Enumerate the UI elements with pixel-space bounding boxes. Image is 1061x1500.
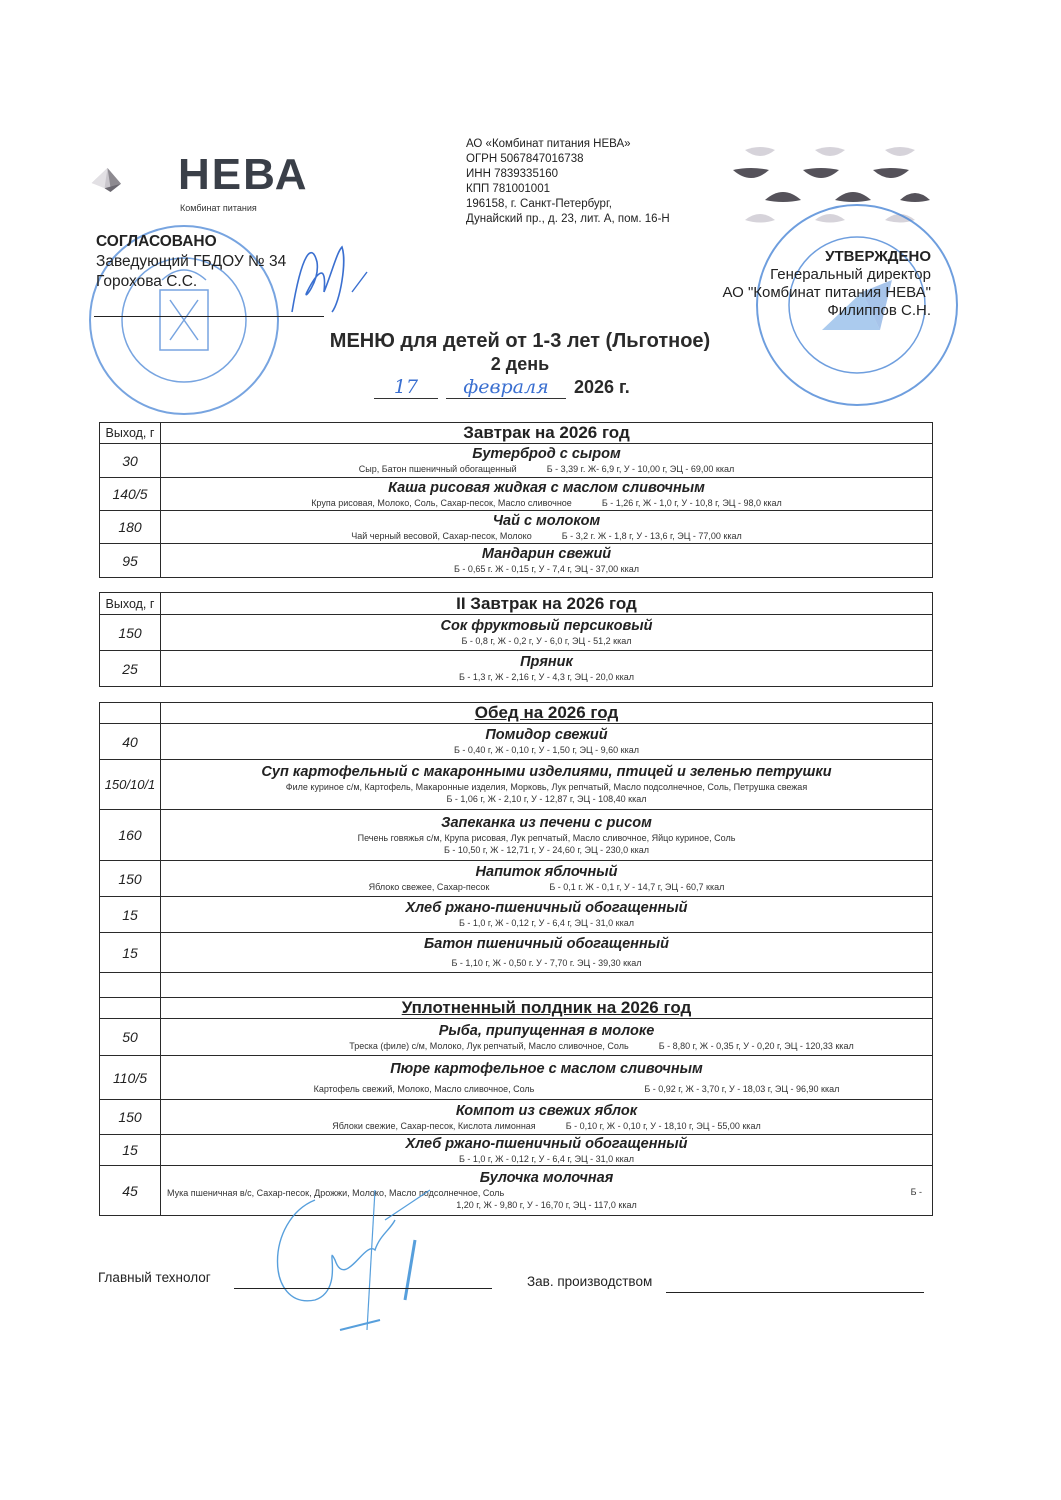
lunch-snack-table: Обед на 2026 год 40 Помидор свежий Б - 0… <box>99 702 933 1216</box>
technologist-label: Главный технолог <box>98 1270 211 1285</box>
dish-ingredients: Яблоки свежие, Сахар-песок, Кислота лимо… <box>332 1121 535 1131</box>
dish-nutrition: Б - 10,50 г, Ж - 12,71 г, У - 24,60 г, Э… <box>161 844 932 856</box>
date-year: 2026 г. <box>574 377 630 397</box>
dish-name: Пряник <box>161 654 932 671</box>
dish-nutrition: Б - 3,2 г. Ж - 1,8 г, У - 13,6 г, ЭЦ - 7… <box>562 531 742 541</box>
yield-cell: 95 <box>100 544 161 578</box>
dish-nutrition: Б - 0,40 г, Ж - 0,10 г, У - 1,50 г, ЭЦ -… <box>454 745 639 755</box>
dish-nutrition: Б - 1,10 г, Ж - 0,50 г. У - 7,70 г. ЭЦ -… <box>451 958 641 968</box>
yield-cell: 180 <box>100 511 161 544</box>
company-address-1: 196158, г. Санкт-Петербург, <box>466 197 670 212</box>
table-row: 45 Булочка молочная Мука пшеничная в/с, … <box>100 1166 933 1216</box>
dish-name: Хлеб ржано-пшеничный обогащенный <box>161 1136 932 1153</box>
company-info: АО «Комбинат питания НЕВА» ОГРН 50678470… <box>466 137 670 227</box>
table-row: 40 Помидор свежий Б - 0,40 г, Ж - 0,10 г… <box>100 724 933 760</box>
dish-name: Компот из свежих яблок <box>161 1103 932 1120</box>
dish-name: Батон пшеничный обогащенный <box>161 936 932 953</box>
dish-ingredients: Яблоко свежее, Сахар-песок <box>369 882 490 892</box>
dish-ingredients: Печень говяжья с/м, Крупа рисовая, Лук р… <box>161 832 932 844</box>
dish-ingredients: Сыр, Батон пшеничный обогащенный <box>359 464 517 474</box>
table-row: 150 Компот из свежих яблок Яблоки свежие… <box>100 1100 933 1135</box>
table-row: 15 Батон пшеничный обогащенный Б - 1,10 … <box>100 933 933 973</box>
breakfast-table: Выход, г Завтрак на 2026 год 30 Бутербро… <box>99 422 933 578</box>
yield-cell: 25 <box>100 651 161 687</box>
menu-date: 17февраля2026 г. <box>374 376 630 399</box>
dish-name: Каша рисовая жидкая с маслом сливочным <box>161 480 932 497</box>
company-address-2: Дунайский пр., д. 23, лит. А, пом. 16-Н <box>466 212 670 227</box>
table-row: 15 Хлеб ржано-пшеничный обогащенный Б - … <box>100 897 933 933</box>
agreed-name: Горохова С.С. <box>96 272 286 292</box>
yield-cell: 15 <box>100 1135 161 1166</box>
table-header-row: Обед на 2026 год <box>100 703 933 724</box>
dish-nutrition: Б - 0,8 г, Ж - 0,2 г, У - 6,0 г, ЭЦ - 51… <box>462 636 632 646</box>
yield-cell: 30 <box>100 444 161 478</box>
agreed-signature-icon <box>262 232 382 332</box>
logo-wordmark: НЕВА <box>178 150 308 200</box>
dish-nutrition: Б - 0,1 г. Ж - 0,1 г, У - 14,7 г, ЭЦ - 6… <box>549 882 724 892</box>
table-row: 15 Хлеб ржано-пшеничный обогащенный Б - … <box>100 1135 933 1166</box>
yield-cell: 150 <box>100 1100 161 1135</box>
approved-org: АО "Комбинат питания НЕВА" <box>722 284 931 302</box>
yield-cell: 40 <box>100 724 161 760</box>
table-row: 150 Напиток яблочный Яблоко свежее, Саха… <box>100 861 933 897</box>
dish-name: Рыба, припущенная в молоке <box>161 1023 932 1040</box>
yield-cell: 150 <box>100 615 161 651</box>
yield-cell: 15 <box>100 897 161 933</box>
yield-cell: 150 <box>100 861 161 897</box>
dish-nutrition: Б - 1,26 г, Ж - 1,0 г, У - 10,8 г, ЭЦ - … <box>602 498 782 508</box>
yield-cell: 45 <box>100 1166 161 1216</box>
table-header-row: Выход, г Завтрак на 2026 год <box>100 423 933 444</box>
date-day-field: 17 <box>374 376 438 399</box>
neva-logo-pyramid-icon <box>88 140 178 220</box>
approved-name: Филиппов С.Н. <box>722 302 931 320</box>
yield-cell: 15 <box>100 933 161 973</box>
dish-name: Сок фруктовый персиковый <box>161 618 932 635</box>
agreed-title: СОГЛАСОВАНО <box>96 232 286 252</box>
dish-name: Помидор свежий <box>161 727 932 744</box>
dish-ingredients: Филе куриное с/м, Картофель, Макаронные … <box>161 781 932 793</box>
company-kpp: КПП 781001001 <box>466 182 670 197</box>
table-row: 150/10/1 Суп картофельный с макаронными … <box>100 760 933 810</box>
dish-nutrition: Б - 8,80 г, Ж - 0,35 г, У - 0,20 г, ЭЦ -… <box>659 1041 854 1051</box>
production-head-signature-line <box>666 1292 924 1293</box>
dish-name: Запеканка из печени с рисом <box>161 815 932 832</box>
dish-name: Чай с молоком <box>161 513 932 530</box>
dish-nutrition-prefix: Б - <box>911 1186 922 1198</box>
table-row: 150 Сок фруктовый персиковый Б - 0,8 г, … <box>100 615 933 651</box>
table-header-row: Выход, г II Завтрак на 2026 год <box>100 593 933 615</box>
section-title: Уплотненный полдник на 2026 год <box>161 998 933 1019</box>
table-row: 160 Запеканка из печени с рисом Печень г… <box>100 810 933 861</box>
table-row: 110/5 Пюре картофельное с маслом сливочн… <box>100 1056 933 1100</box>
yield-cell: 110/5 <box>100 1056 161 1100</box>
dish-nutrition: Б - 0,10 г, Ж - 0,10 г, У - 18,10 г, ЭЦ … <box>566 1121 761 1131</box>
table-row: 30 Бутерброд с сыром Сыр, Батон пшеничны… <box>100 444 933 478</box>
waves-decoration-icon <box>725 140 935 240</box>
dish-name: Напиток яблочный <box>161 864 932 881</box>
dish-nutrition: Б - 1,0 г, Ж - 0,12 г, У - 6,4 г, ЭЦ - 3… <box>459 1154 634 1164</box>
section-title: II Завтрак на 2026 год <box>161 593 933 615</box>
agreed-position: Заведующий ГБДОУ № 34 <box>96 252 286 272</box>
table-row: 180 Чай с молоком Чай черный весовой, Са… <box>100 511 933 544</box>
logo-subtitle: Комбинат питания <box>180 203 257 213</box>
company-inn: ИНН 7839335160 <box>466 167 670 182</box>
yield-cell: 160 <box>100 810 161 861</box>
technologist-signature-icon <box>255 1180 455 1340</box>
table-row: 25 Пряник Б - 1,3 г, Ж - 2,16 г, У - 4,3… <box>100 651 933 687</box>
dish-nutrition: Б - 1,3 г, Ж - 2,16 г, У - 4,3 г, ЭЦ - 2… <box>459 672 634 682</box>
dish-name: Мандарин свежий <box>161 546 932 563</box>
dish-nutrition: Б - 1,0 г, Ж - 0,12 г, У - 6,4 г, ЭЦ - 3… <box>459 918 634 928</box>
company-name: АО «Комбинат питания НЕВА» <box>466 137 670 152</box>
dish-nutrition: Б - 1,06 г, Ж - 2,10 г, У - 12,87 г, ЭЦ … <box>161 793 932 805</box>
yield-header: Выход, г <box>100 423 161 444</box>
dish-name: Хлеб ржано-пшеничный обогащенный <box>161 900 932 917</box>
yield-header: Выход, г <box>100 593 161 615</box>
dish-ingredients: Чай черный весовой, Сахар-песок, Молоко <box>351 531 531 541</box>
section-title: Обед на 2026 год <box>161 703 933 724</box>
approved-title: УТВЕРЖДЕНО <box>722 248 931 266</box>
technologist-signature-line <box>234 1288 492 1289</box>
empty-row <box>100 973 933 998</box>
second-breakfast-table: Выход, г II Завтрак на 2026 год 150 Сок … <box>99 592 933 687</box>
table-row: 140/5 Каша рисовая жидкая с маслом сливо… <box>100 478 933 511</box>
dish-nutrition: Б - 0,65 г. Ж - 0,15 г, У - 7,4 г, ЭЦ - … <box>454 564 639 574</box>
dish-nutrition: Б - 0,92 г, Ж - 3,70 г, У - 18,03 г, ЭЦ … <box>644 1084 839 1094</box>
dish-ingredients: Крупа рисовая, Молоко, Соль, Сахар-песок… <box>311 498 572 508</box>
approved-block: УТВЕРЖДЕНО Генеральный директор АО "Комб… <box>722 248 931 320</box>
yield-cell: 50 <box>100 1019 161 1056</box>
approved-position: Генеральный директор <box>722 266 931 284</box>
dish-name: Суп картофельный с макаронными изделиями… <box>161 764 932 781</box>
company-ogrn: ОГРН 5067847016738 <box>466 152 670 167</box>
dish-nutrition: Б - 3,39 г. Ж- 6,9 г, У - 10,00 г, ЭЦ - … <box>547 464 735 474</box>
yield-cell: 150/10/1 <box>100 760 161 810</box>
menu-title: МЕНЮ для детей от 1-3 лет (Льготное) <box>280 330 760 353</box>
dish-ingredients: Картофель свежий, Молоко, Масло сливочно… <box>314 1084 535 1094</box>
date-month-field: февраля <box>446 376 566 399</box>
dish-name: Бутерброд с сыром <box>161 446 932 463</box>
production-head-label: Зав. производством <box>527 1274 667 1289</box>
table-row: 95 Мандарин свежий Б - 0,65 г. Ж - 0,15 … <box>100 544 933 578</box>
table-row: 50 Рыба, припущенная в молоке Треска (фи… <box>100 1019 933 1056</box>
dish-ingredients: Треска (филе) с/м, Молоко, Лук репчатый,… <box>349 1041 628 1051</box>
dish-name: Пюре картофельное с маслом сливочным <box>161 1061 932 1078</box>
menu-day: 2 день <box>280 354 760 375</box>
section-title: Завтрак на 2026 год <box>161 423 933 444</box>
agreed-block: СОГЛАСОВАНО Заведующий ГБДОУ № 34 Горохо… <box>96 232 286 292</box>
yield-cell: 140/5 <box>100 478 161 511</box>
table-header-row: Уплотненный полдник на 2026 год <box>100 998 933 1019</box>
